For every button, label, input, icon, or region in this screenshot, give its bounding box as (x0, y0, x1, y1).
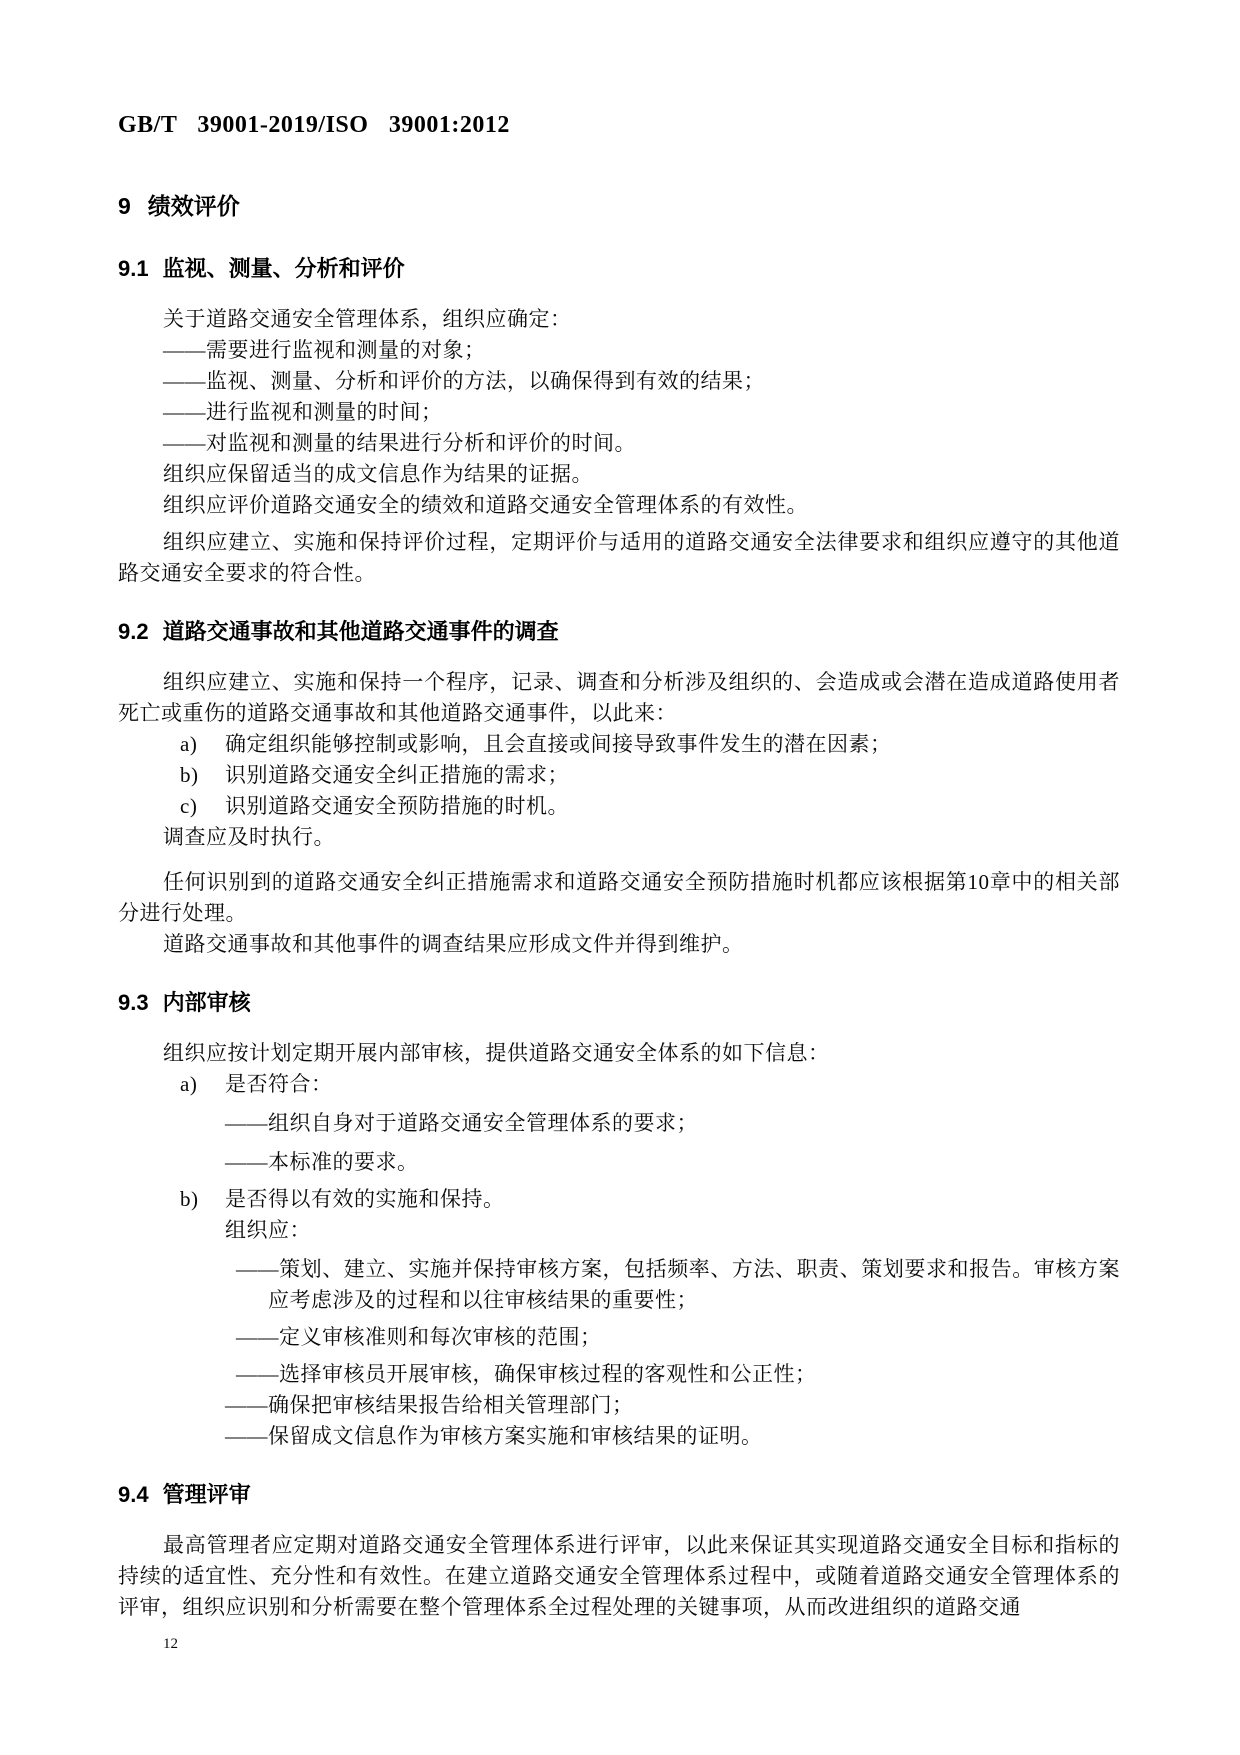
paragraph: 组织应保留适当的成文信息作为结果的证据。 (118, 459, 1120, 490)
list-item-text: 识别道路交通安全预防措施的时机。 (225, 794, 569, 818)
section-number: 9.2 (118, 619, 149, 644)
list-item: b)识别道路交通安全纠正措施的需求； (118, 760, 1120, 791)
section-number: 9.1 (118, 256, 149, 281)
section-heading-9-1: 9.1监视、测量、分析和评价 (118, 256, 1120, 282)
list-item-label: b) (180, 1184, 199, 1215)
dash-item: ——监视、测量、分析和评价的方法，以确保得到有效的结果； (163, 366, 1120, 397)
section-title: 内部审核 (163, 990, 251, 1015)
list-item-text: 是否符合： (225, 1072, 333, 1096)
paragraph: 组织应建立、实施和保持评价过程，定期评价与适用的道路交通安全法律要求和组织应遵守… (118, 527, 1120, 589)
list-item: a)确定组织能够控制或影响，且会直接或间接导致事件发生的潜在因素； (118, 729, 1120, 760)
dash-item: ——选择审核员开展审核，确保审核过程的客观性和公正性； (118, 1359, 1120, 1390)
paragraph: 组织应按计划定期开展内部审核，提供道路交通安全体系的如下信息： (118, 1038, 1120, 1069)
section-heading-9-4: 9.4管理评审 (118, 1482, 1120, 1508)
paragraph: 调查应及时执行。 (118, 822, 1120, 853)
paragraph: 道路交通事故和其他事件的调查结果应形成文件并得到维护。 (118, 929, 1120, 960)
list-item-text: 识别道路交通安全纠正措施的需求； (225, 763, 569, 787)
paragraph: 任何识别到的道路交通安全纠正措施需求和道路交通安全预防措施时机都应该根据第10章… (118, 867, 1120, 929)
standard-number-header: GB/T 39001-2019/ISO 39001:2012 (118, 112, 1120, 138)
list-item-label: a) (180, 729, 197, 760)
list-item-label: c) (180, 791, 197, 822)
dash-item: ——对监视和测量的结果进行分析和评价的时间。 (163, 428, 1120, 459)
document-page: GB/T 39001-2019/ISO 39001:2012 9绩效评价 9.1… (0, 0, 1240, 1755)
dash-item: ——定义审核准则和每次审核的范围； (118, 1322, 1120, 1353)
section-heading-9-3: 9.3内部审核 (118, 990, 1120, 1016)
list-item: a)是否符合： (118, 1069, 1120, 1100)
chapter-number: 9 (118, 193, 131, 219)
dash-item: ——本标准的要求。 (225, 1147, 1120, 1178)
paragraph: 组织应： (225, 1215, 1120, 1246)
section-title: 管理评审 (163, 1482, 251, 1507)
list-item-text: 确定组织能够控制或影响，且会直接或间接导致事件发生的潜在因素； (225, 732, 892, 756)
list-item-text: 是否得以有效的实施和保持。 (225, 1187, 505, 1211)
dash-item: ——需要进行监视和测量的对象； (163, 335, 1120, 366)
chapter-heading: 9绩效评价 (118, 192, 1120, 220)
paragraph: 组织应评价道路交通安全的绩效和道路交通安全管理体系的有效性。 (118, 490, 1120, 521)
paragraph: 组织应建立、实施和保持一个程序，记录、调查和分析涉及组织的、会造成或会潜在造成道… (118, 667, 1120, 729)
dash-item: ——组织自身对于道路交通安全管理体系的要求； (225, 1108, 1120, 1139)
section-title: 监视、测量、分析和评价 (163, 256, 405, 281)
section-heading-9-2: 9.2道路交通事故和其他道路交通事件的调查 (118, 619, 1120, 645)
section-number: 9.4 (118, 1482, 149, 1507)
list-item-label: b) (180, 760, 199, 791)
dash-item: ——确保把审核结果报告给相关管理部门； (225, 1390, 1120, 1421)
dash-item: ——进行监视和测量的时间； (163, 397, 1120, 428)
section-number: 9.3 (118, 990, 149, 1015)
chapter-title: 绩效评价 (148, 193, 240, 219)
list-item-label: a) (180, 1069, 197, 1100)
paragraph: 最高管理者应定期对道路交通安全管理体系进行评审，以此来保证其实现道路交通安全目标… (118, 1530, 1120, 1623)
list-item: c)识别道路交通安全预防措施的时机。 (118, 791, 1120, 822)
page-number: 12 (163, 1635, 1120, 1653)
dash-item: ——保留成文信息作为审核方案实施和审核结果的证明。 (225, 1421, 1120, 1452)
paragraph: 关于道路交通安全管理体系，组织应确定： (118, 304, 1120, 335)
dash-item: ——策划、建立、实施并保持审核方案，包括频率、方法、职责、策划要求和报告。审核方… (118, 1254, 1120, 1316)
list-item: b)是否得以有效的实施和保持。 (118, 1184, 1120, 1215)
section-title: 道路交通事故和其他道路交通事件的调查 (163, 619, 559, 644)
